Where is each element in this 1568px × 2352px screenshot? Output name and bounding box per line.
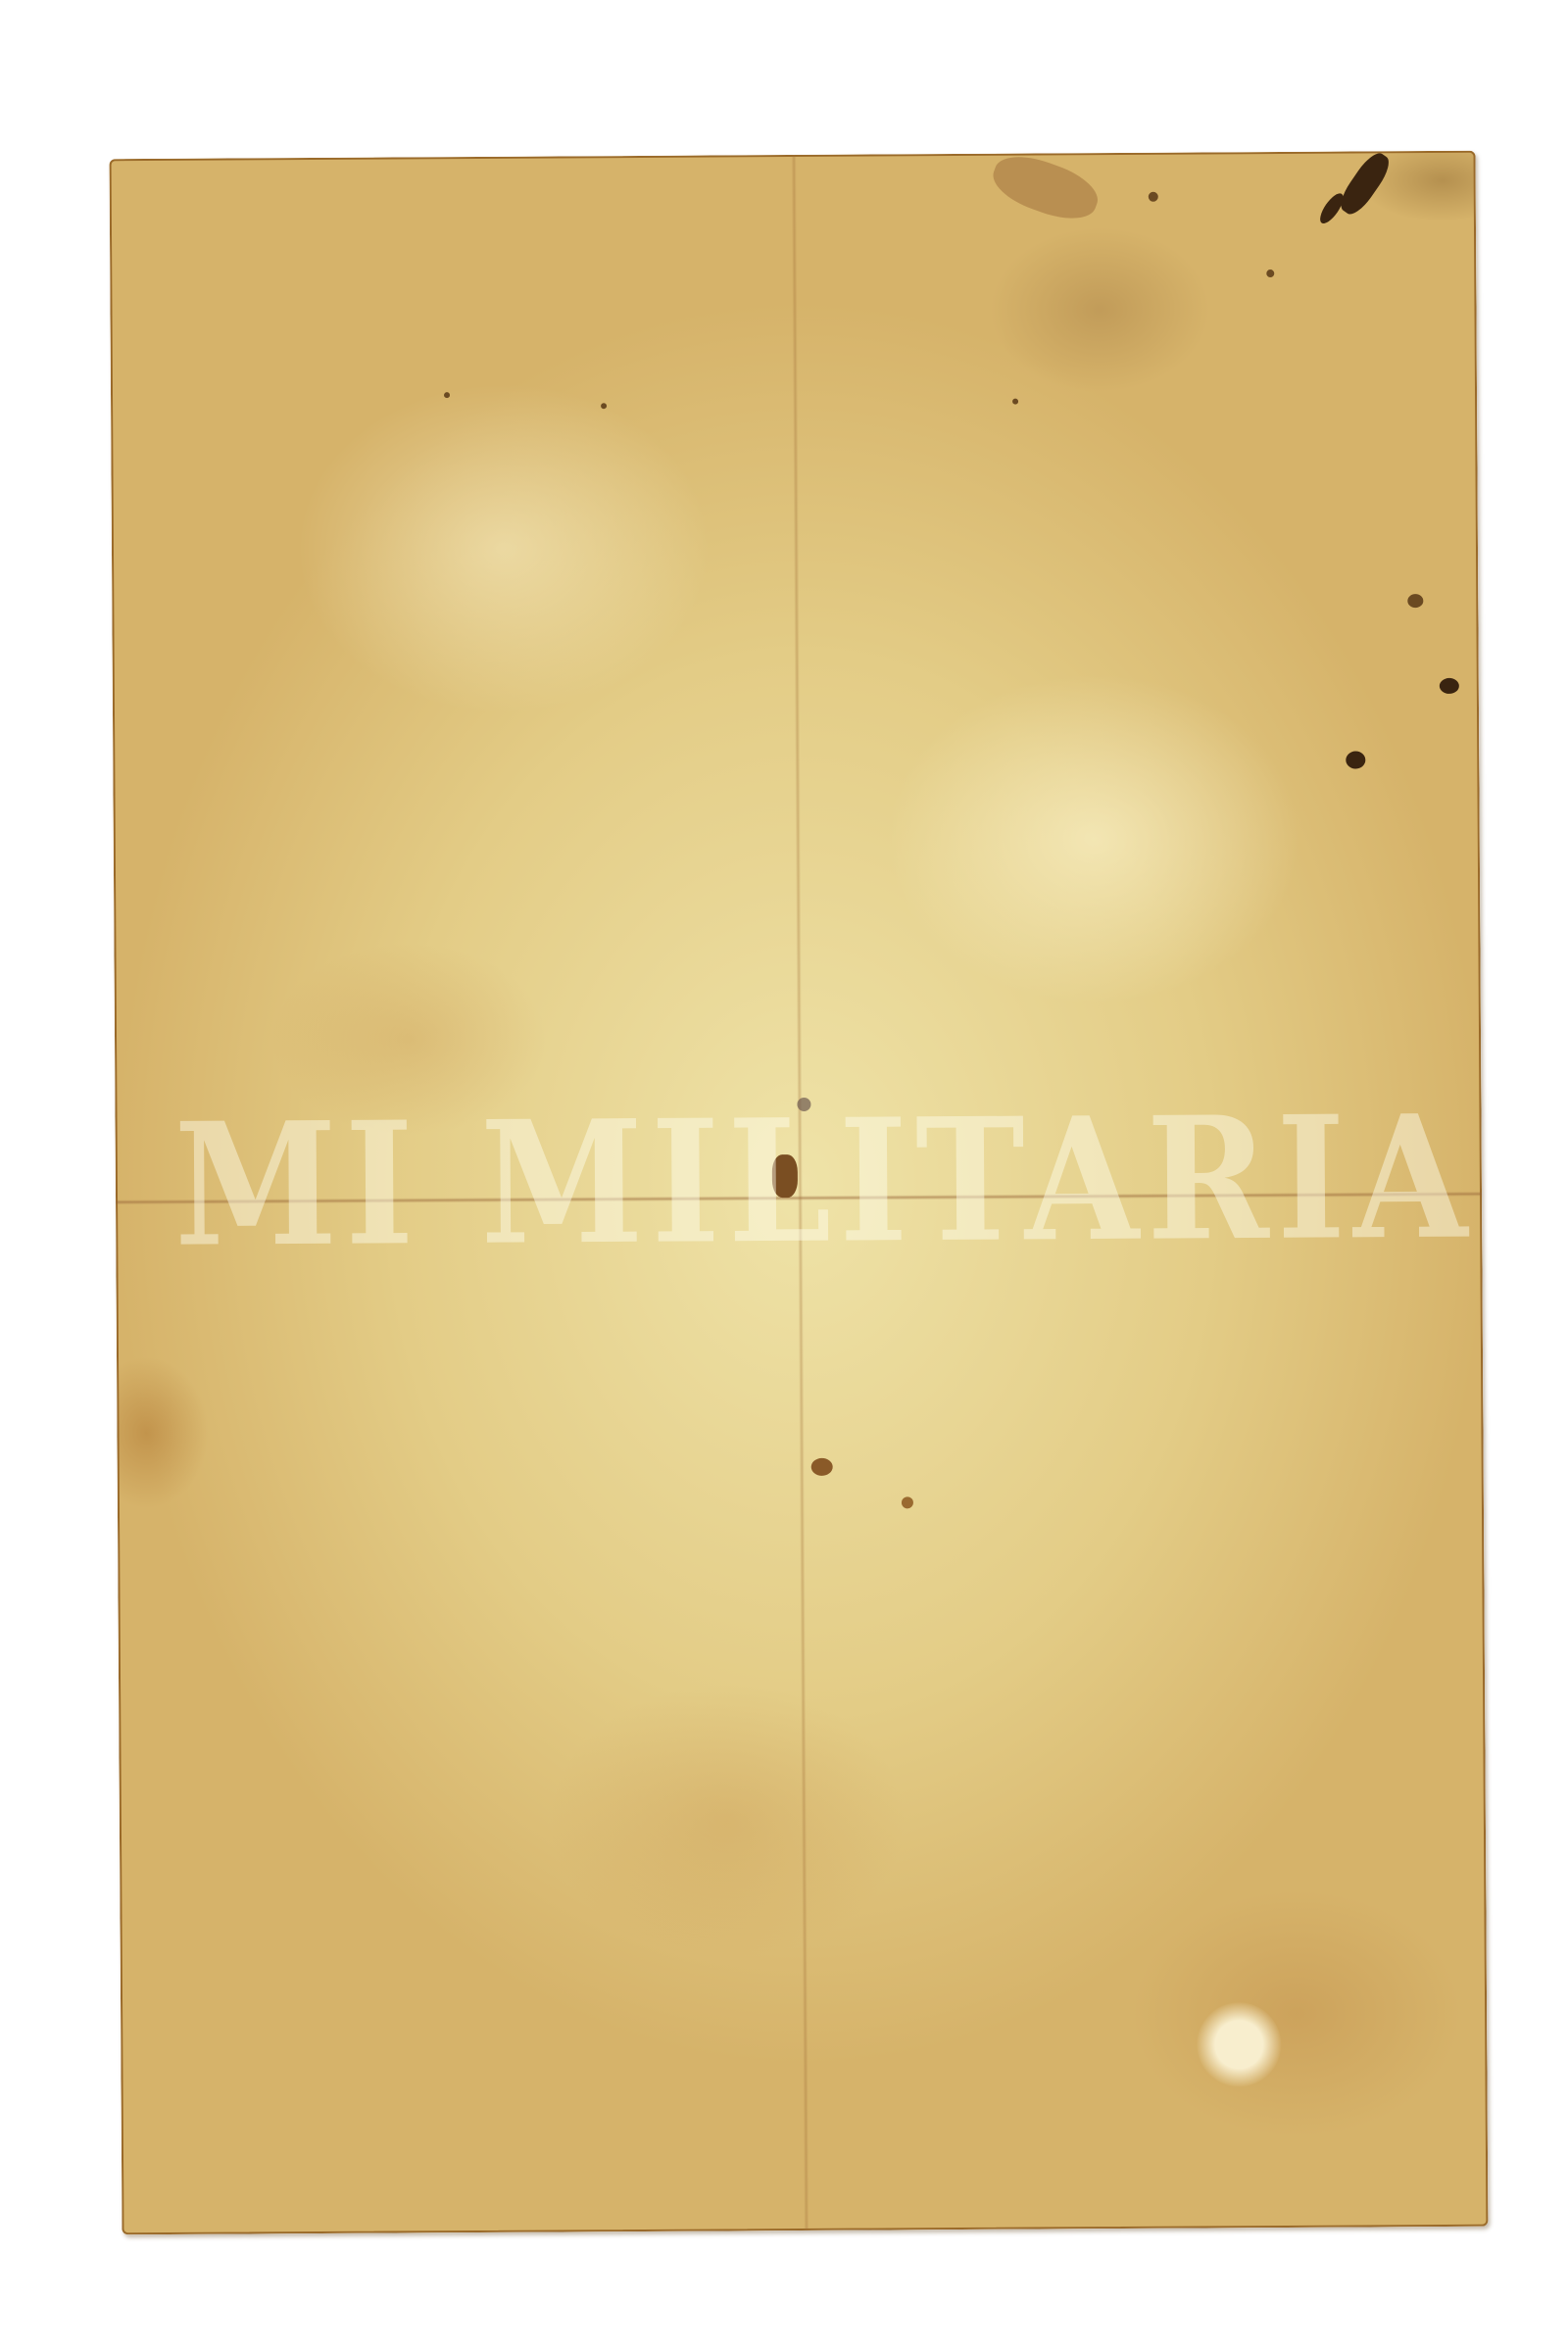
foxing-spot <box>1266 269 1274 277</box>
foxing-spot <box>1012 399 1018 405</box>
foxing-spot <box>601 403 607 409</box>
water-stain <box>987 146 1104 228</box>
circular-pale-spot <box>1197 2002 1282 2087</box>
foxing-spot <box>1149 192 1158 202</box>
brown-spot <box>811 1458 833 1476</box>
foxing-spot <box>444 392 450 398</box>
brown-spot <box>902 1496 913 1508</box>
foxing-spot <box>1440 678 1459 694</box>
foxing-spot <box>1407 594 1423 608</box>
foxing-spot <box>1346 751 1365 768</box>
center-stain <box>797 1098 810 1111</box>
aged-paper-sheet: MI MILITARIA <box>110 151 1489 2234</box>
ink-stain <box>1335 148 1395 219</box>
center-stain <box>772 1154 798 1198</box>
